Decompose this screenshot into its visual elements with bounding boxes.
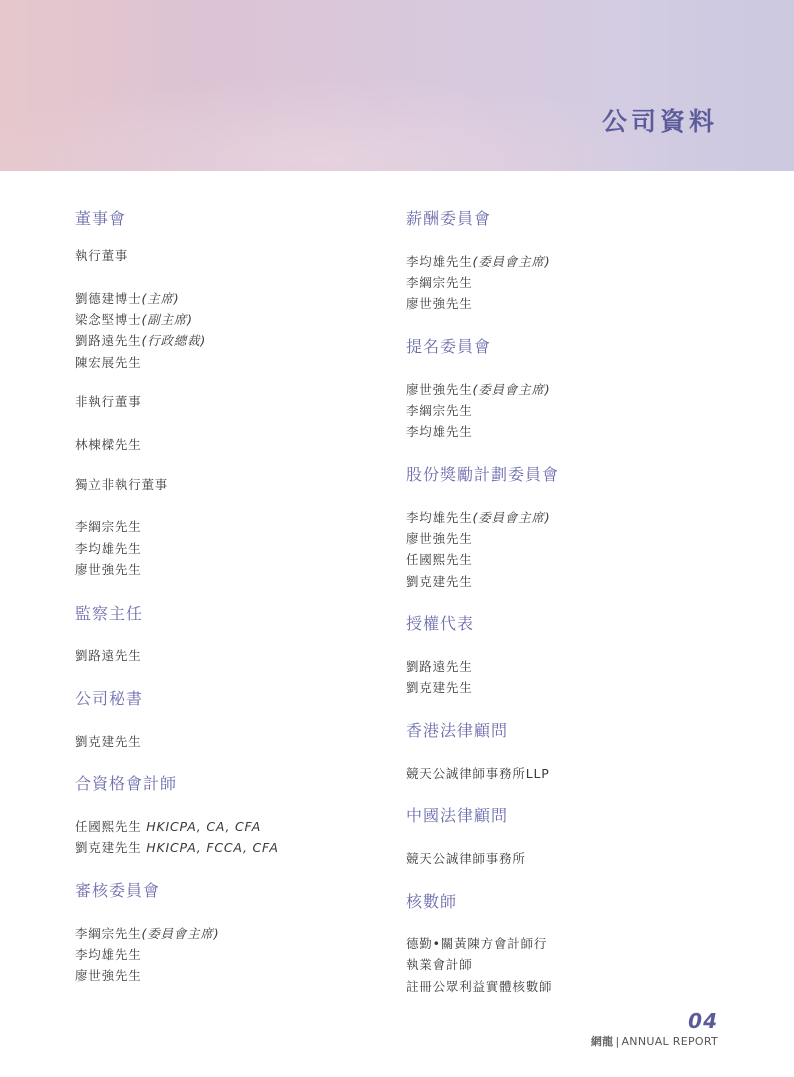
hk-legal-advisor-heading: 香港法律顧問 (406, 718, 508, 741)
board-heading: 董事會 (75, 206, 126, 229)
list-item: 劉克建先生 (75, 732, 142, 750)
nomination-committee-heading: 提名委員會 (406, 334, 491, 357)
secretary-heading: 公司秘書 (75, 686, 143, 709)
share-award-committee-heading: 股份獎勵計劃委員會 (406, 462, 559, 485)
list-item: 林棟樑先生 (75, 435, 142, 453)
nonexec-directors-label: 非執行董事 (75, 392, 142, 410)
auditor-heading: 核數師 (406, 889, 457, 912)
list-item: 劉路遠先生(行政總裁) (75, 331, 206, 349)
supervisor-heading: 監察主任 (75, 601, 143, 624)
remuneration-committee-heading: 薪酬委員會 (406, 206, 491, 229)
list-item: 劉克建先生 HKICPA, FCCA, CFA (75, 838, 279, 856)
page-number: 04 (688, 1009, 718, 1033)
list-item: 競天公誠律師事務所 (406, 849, 526, 867)
list-item: 德勤•關黃陳方會計師行 (406, 934, 547, 952)
header-banner: 公司資料 (0, 0, 794, 171)
list-item: 任國熙先生 HKICPA, CA, CFA (75, 817, 261, 835)
page-title: 公司資料 (602, 102, 718, 138)
list-item: 劉德建博士(主席) (75, 289, 179, 307)
cn-legal-advisor-heading: 中國法律顧問 (406, 803, 508, 826)
list-item: 陳宏展先生 (75, 353, 142, 371)
list-item: 廖世強先生 (406, 529, 473, 547)
list-item: 劉路遠先生 (406, 657, 473, 675)
indep-directors-label: 獨立非執行董事 (75, 475, 168, 493)
list-item: 劉克建先生 (406, 678, 473, 696)
list-item: 競天公誠律師事務所LLP (406, 764, 550, 782)
exec-directors-label: 執行董事 (75, 246, 128, 264)
brand-name: 網龍 (591, 1035, 614, 1048)
list-item: 梁念堅博士(副主席) (75, 310, 193, 328)
list-item: 劉路遠先生 (75, 646, 142, 664)
report-label: 網龍|ANNUAL REPORT (591, 1033, 718, 1049)
list-item: 李均雄先生(委員會主席) (406, 252, 550, 270)
authorized-reps-heading: 授權代表 (406, 611, 474, 634)
list-item: 李綱宗先生 (75, 517, 142, 535)
list-item: 李均雄先生(委員會主席) (406, 508, 550, 526)
list-item: 執業會計師 (406, 955, 473, 973)
audit-committee-heading: 審核委員會 (75, 878, 160, 901)
accountants-heading: 合資格會計師 (75, 771, 177, 794)
list-item: 李均雄先生 (75, 945, 142, 963)
list-item: 廖世強先生 (75, 966, 142, 984)
list-item: 註冊公眾利益實體核數師 (406, 977, 552, 995)
list-item: 任國熙先生 (406, 550, 473, 568)
list-item: 李綱宗先生 (406, 273, 473, 291)
list-item: 廖世強先生 (75, 560, 142, 578)
list-item: 廖世強先生 (406, 294, 473, 312)
list-item: 李均雄先生 (406, 422, 473, 440)
list-item: 劉克建先生 (406, 572, 473, 590)
list-item: 李均雄先生 (75, 539, 142, 557)
annual-report-label: ANNUAL REPORT (621, 1035, 718, 1048)
list-item: 廖世強先生(委員會主席) (406, 380, 550, 398)
separator: | (615, 1035, 619, 1048)
list-item: 李綱宗先生(委員會主席) (75, 924, 219, 942)
list-item: 李綱宗先生 (406, 401, 473, 419)
